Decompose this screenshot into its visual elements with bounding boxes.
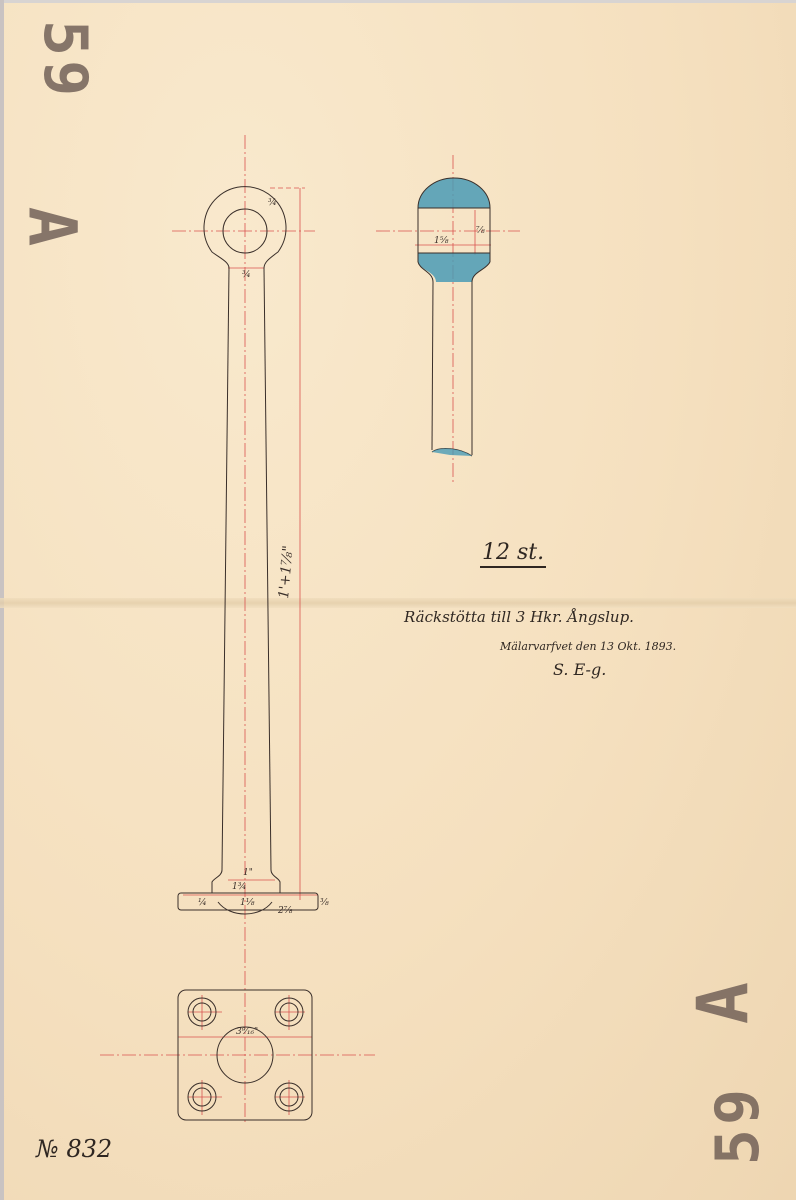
dim-head-width: 1⅝: [434, 236, 448, 246]
signature: S. E-g.: [553, 660, 606, 679]
dim-collar: 1¾: [232, 882, 246, 892]
dim-flange-width: 3⁹⁄₁₆": [236, 1027, 258, 1037]
head-section: [418, 178, 490, 456]
dim-base-height-right: ⅜: [320, 898, 329, 908]
dim-eye-thickness: ¾: [268, 198, 277, 208]
drawing-title: Räckstötta till 3 Hkr. Ångslup.: [404, 608, 634, 626]
centerlines: [100, 135, 520, 1125]
quantity-note: 12 st.: [480, 540, 546, 568]
drawing-sheet: ¾ ¾ 1'+1⅞" 1⅝ ⅞ 1" 1¾ 1⅛ 2⅞ ¼ ⅜ 3⁹⁄₁₆" 5…: [0, 0, 796, 1200]
stamp-number-top-left: 59: [30, 20, 100, 100]
dim-head-height: ⅞: [476, 226, 485, 236]
rod-elevation: [178, 187, 318, 914]
stamp-number-bottom-right: 59: [703, 1085, 773, 1165]
stamp-letter-bottom-right: A: [682, 978, 764, 1024]
dim-base-height-left: ¼: [198, 898, 207, 908]
dim-neck-width: ¾: [242, 270, 251, 280]
dim-collar-top: 1": [243, 868, 253, 878]
dim-recess: 1⅛: [240, 898, 254, 908]
technical-drawing: [0, 0, 796, 1200]
stamp-letter-top-left: A: [13, 207, 90, 251]
catalog-number: № 832: [36, 1135, 112, 1163]
dim-base-side: 2⅞: [278, 906, 292, 916]
place-date: Mälarvarfvet den 13 Okt. 1893.: [500, 640, 676, 653]
